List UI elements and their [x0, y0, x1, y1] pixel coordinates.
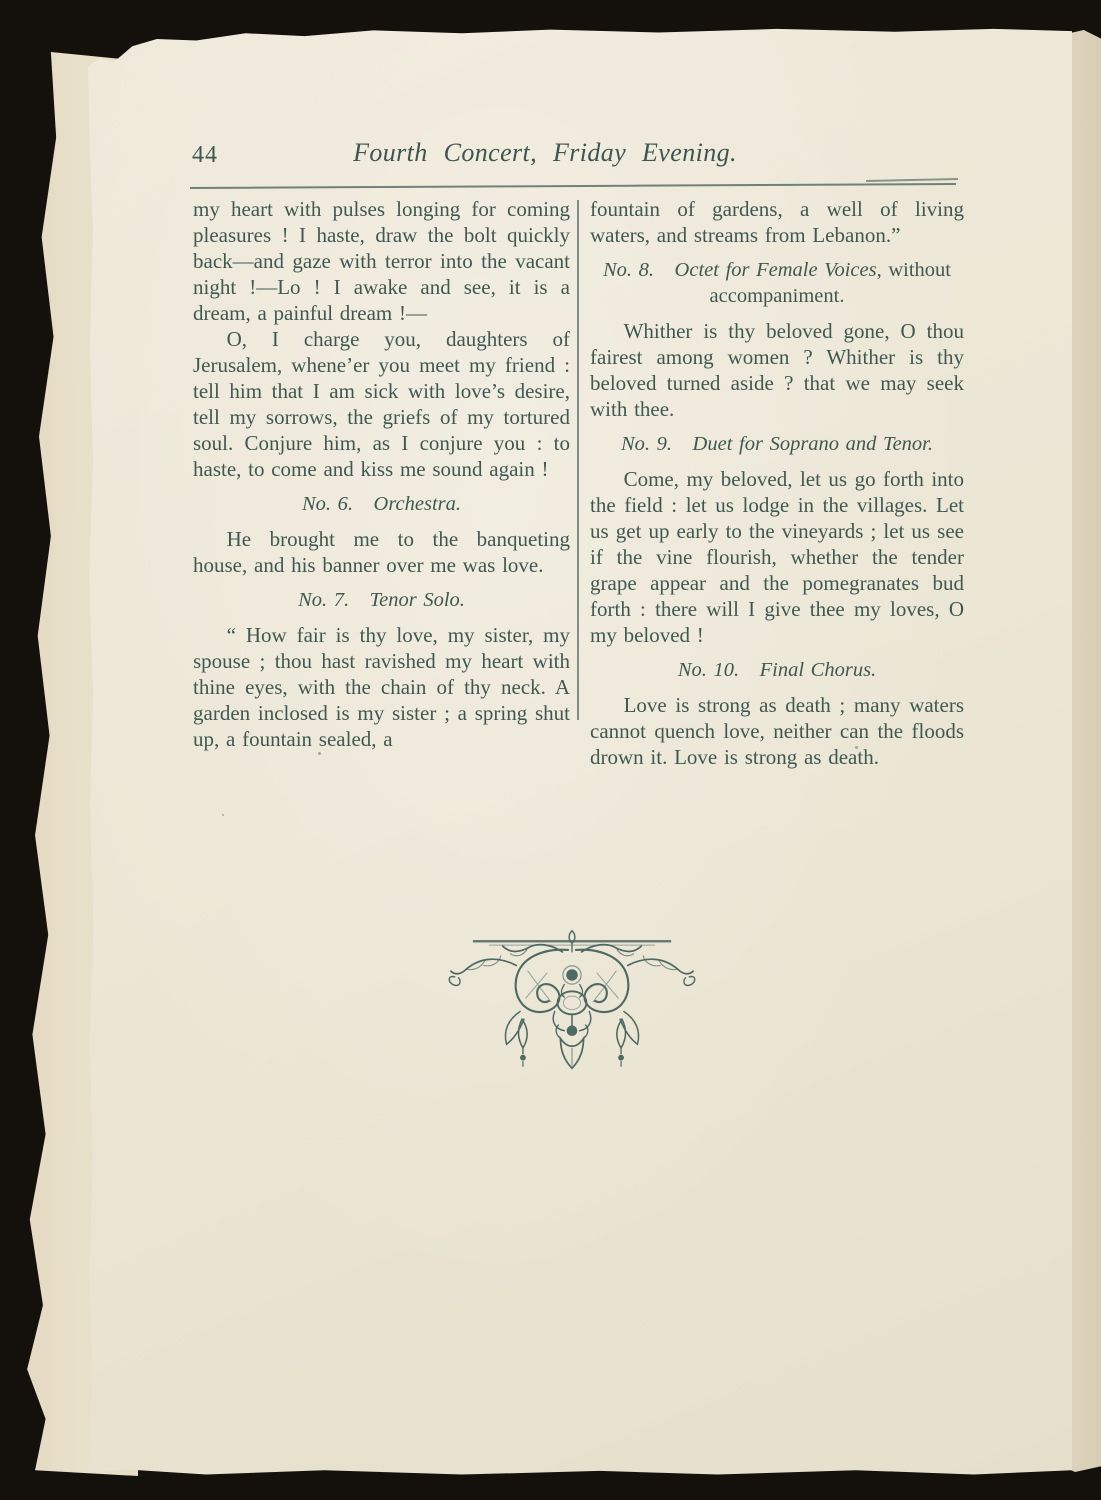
page-header-title: Fourth Concert, Friday Evening. — [88, 138, 1002, 168]
paragraph: O, I charge you, daughters of Jerusalem,… — [193, 326, 570, 482]
movement-heading-no6: No. 6. Orchestra. — [193, 491, 570, 517]
left-column: my heart with pulses longing for coming … — [193, 196, 570, 752]
paper-speck — [222, 814, 224, 816]
column-divider-rule — [577, 200, 579, 720]
book-scan: 44 Fourth Concert, Friday Evening. my he… — [0, 0, 1101, 1500]
paragraph: Whither is thy beloved gone, O thou fair… — [590, 318, 964, 422]
paper-speck — [855, 746, 858, 749]
header-rule-artifact — [866, 178, 958, 182]
paragraph: Love is strong as death ; many waters ca… — [590, 692, 964, 770]
movement-heading-no7: No. 7. Tenor Solo. — [193, 587, 570, 613]
paragraph: “ How fair is thy love, my sister, my sp… — [193, 622, 570, 752]
paragraph: fountain of gardens, a well of living wa… — [590, 196, 964, 248]
paragraph: He brought me to the banqueting house, a… — [193, 526, 570, 578]
paragraph: Come, my beloved, let us go forth into t… — [590, 466, 964, 648]
movement-heading-no10: No. 10. Final Chorus. — [590, 657, 964, 683]
program-page: 44 Fourth Concert, Friday Evening. my he… — [88, 26, 1072, 1476]
movement-heading-no9: No. 9. Duet for Soprano and Tenor. — [590, 431, 964, 457]
paragraph: my heart with pulses longing for coming … — [193, 196, 570, 326]
right-column: fountain of gardens, a well of living wa… — [590, 196, 964, 770]
paper-speck — [318, 752, 321, 755]
movement-heading-no8: No. 8. Octet for Female Voices, without … — [590, 257, 964, 309]
heading-italic-part: No. 8. Octet for Female Voices, — [603, 259, 882, 281]
header-rule — [190, 183, 956, 189]
acanthus-tailpiece-ornament — [447, 924, 697, 1074]
